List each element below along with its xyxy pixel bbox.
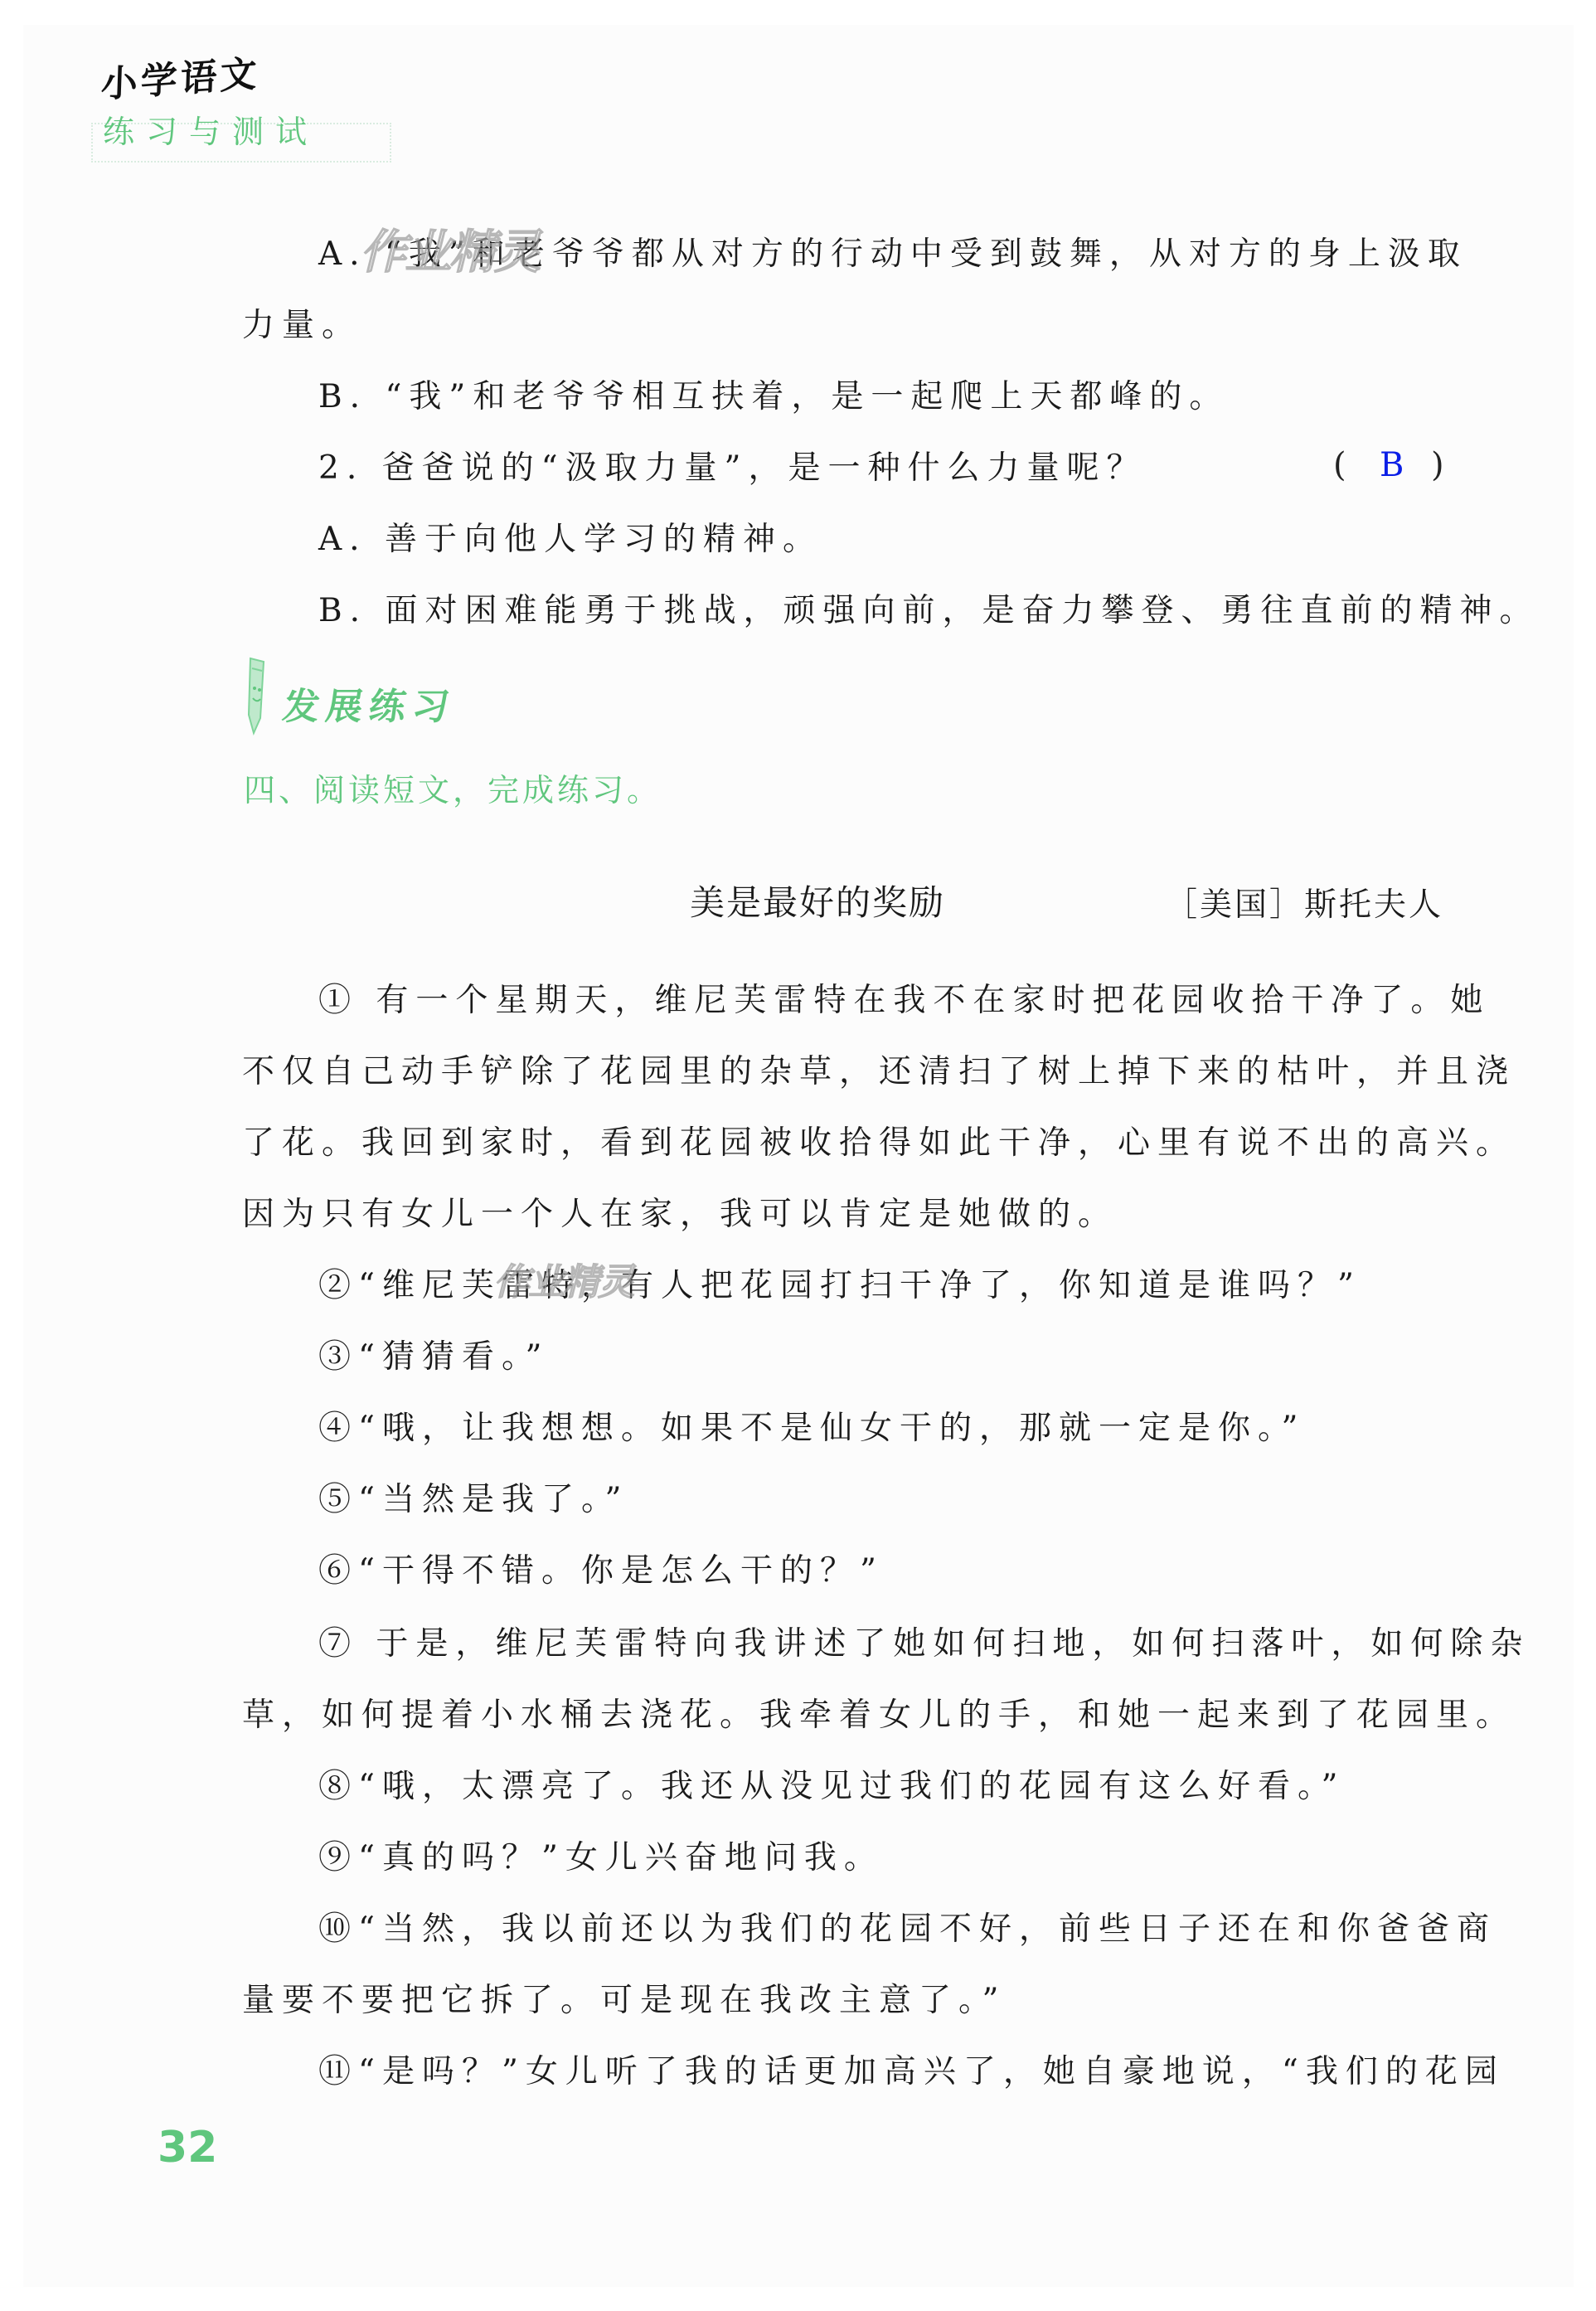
story-line: ⑨“真的吗？”女儿兴奋地问我。 (318, 1838, 884, 1879)
story-line: ②“维尼芙雷特，有人把花园打扫干净了，你知道是谁吗？” (318, 1265, 1361, 1307)
story-line: ④“哦，让我想想。如果不是仙女干的，那就一定是你。” (318, 1408, 1305, 1449)
story-line: ⑥“干得不错。你是怎么干的？” (318, 1551, 884, 1592)
story-line: 了花。我回到家时，看到花园被收拾得如此干净，心里有说不出的高兴。 (242, 1123, 1516, 1164)
book-subtitle: 练习与测试 (103, 106, 318, 152)
page-number: 32 (158, 2123, 217, 2173)
q1-option-a-line2: 力量。 (242, 305, 361, 347)
q2-answer-bracket-close: ) (1431, 446, 1444, 484)
book-series-title: 小学语文 (100, 43, 261, 108)
q2-answer-bracket-open: ( (1333, 446, 1346, 484)
story-line: ⑪“是吗？”女儿听了我的话更加高兴了，她自豪地说，“我们的花园 (318, 2051, 1505, 2093)
watermark: 作业精灵 (357, 216, 552, 282)
story-line: ⑧“哦，太漂亮了。我还从没见过我们的花园有这么好看。” (318, 1766, 1345, 1808)
pencil-icon (245, 657, 267, 736)
section-heading: 发展练习 (280, 677, 460, 730)
story-line: ⑦ 于是，维尼芙雷特向我讲述了她如何扫地，如何扫落叶，如何除杂 (318, 1624, 1530, 1665)
q1-option-b: B. “我”和老爷爷相互扶着，是一起爬上天都峰的。 (318, 376, 1229, 418)
watermark: 作业精灵 (491, 1252, 643, 1305)
q2-answer: B (1380, 446, 1404, 484)
q2-prompt: 2. 爸爸说的“汲取力量”，是一种什么力量呢？ (318, 448, 1146, 489)
story-line: 因为只有女儿一个人在家，我可以肯定是她做的。 (242, 1194, 1118, 1236)
story-title: 美是最好的奖励 (690, 876, 945, 925)
story-line: ① 有一个星期天，维尼芙雷特在我不在家时把花园收拾干净了。她 (318, 980, 1490, 1022)
q2-option-b: B. 面对困难能勇于挑战，顽强向前，是奋力攀登、勇往直前的精神。 (318, 590, 1539, 632)
story-line: 不仅自己动手铲除了花园里的杂草，还清扫了树上掉下来的枯叶，并且浇 (242, 1051, 1516, 1093)
story-line: ⑤“当然是我了。” (318, 1479, 628, 1521)
story-author: ［美国］斯托夫人 (1165, 879, 1443, 925)
q2-option-a: A. 善于向他人学习的精神。 (318, 519, 822, 561)
story-line: 量要不要把它拆了。可是现在我改主意了。” (242, 1980, 1006, 2022)
section-instruction: 四、阅读短文，完成练习。 (244, 765, 662, 810)
story-line: 草，如何提着小水桶去浇花。我牵着女儿的手，和她一起来到了花园里。 (242, 1695, 1516, 1736)
story-line: ③“猜猜看。” (318, 1337, 549, 1378)
story-line: ⑩“当然，我以前还以为我们的花园不好，前些日子还在和你爸爸商 (318, 1909, 1497, 1950)
